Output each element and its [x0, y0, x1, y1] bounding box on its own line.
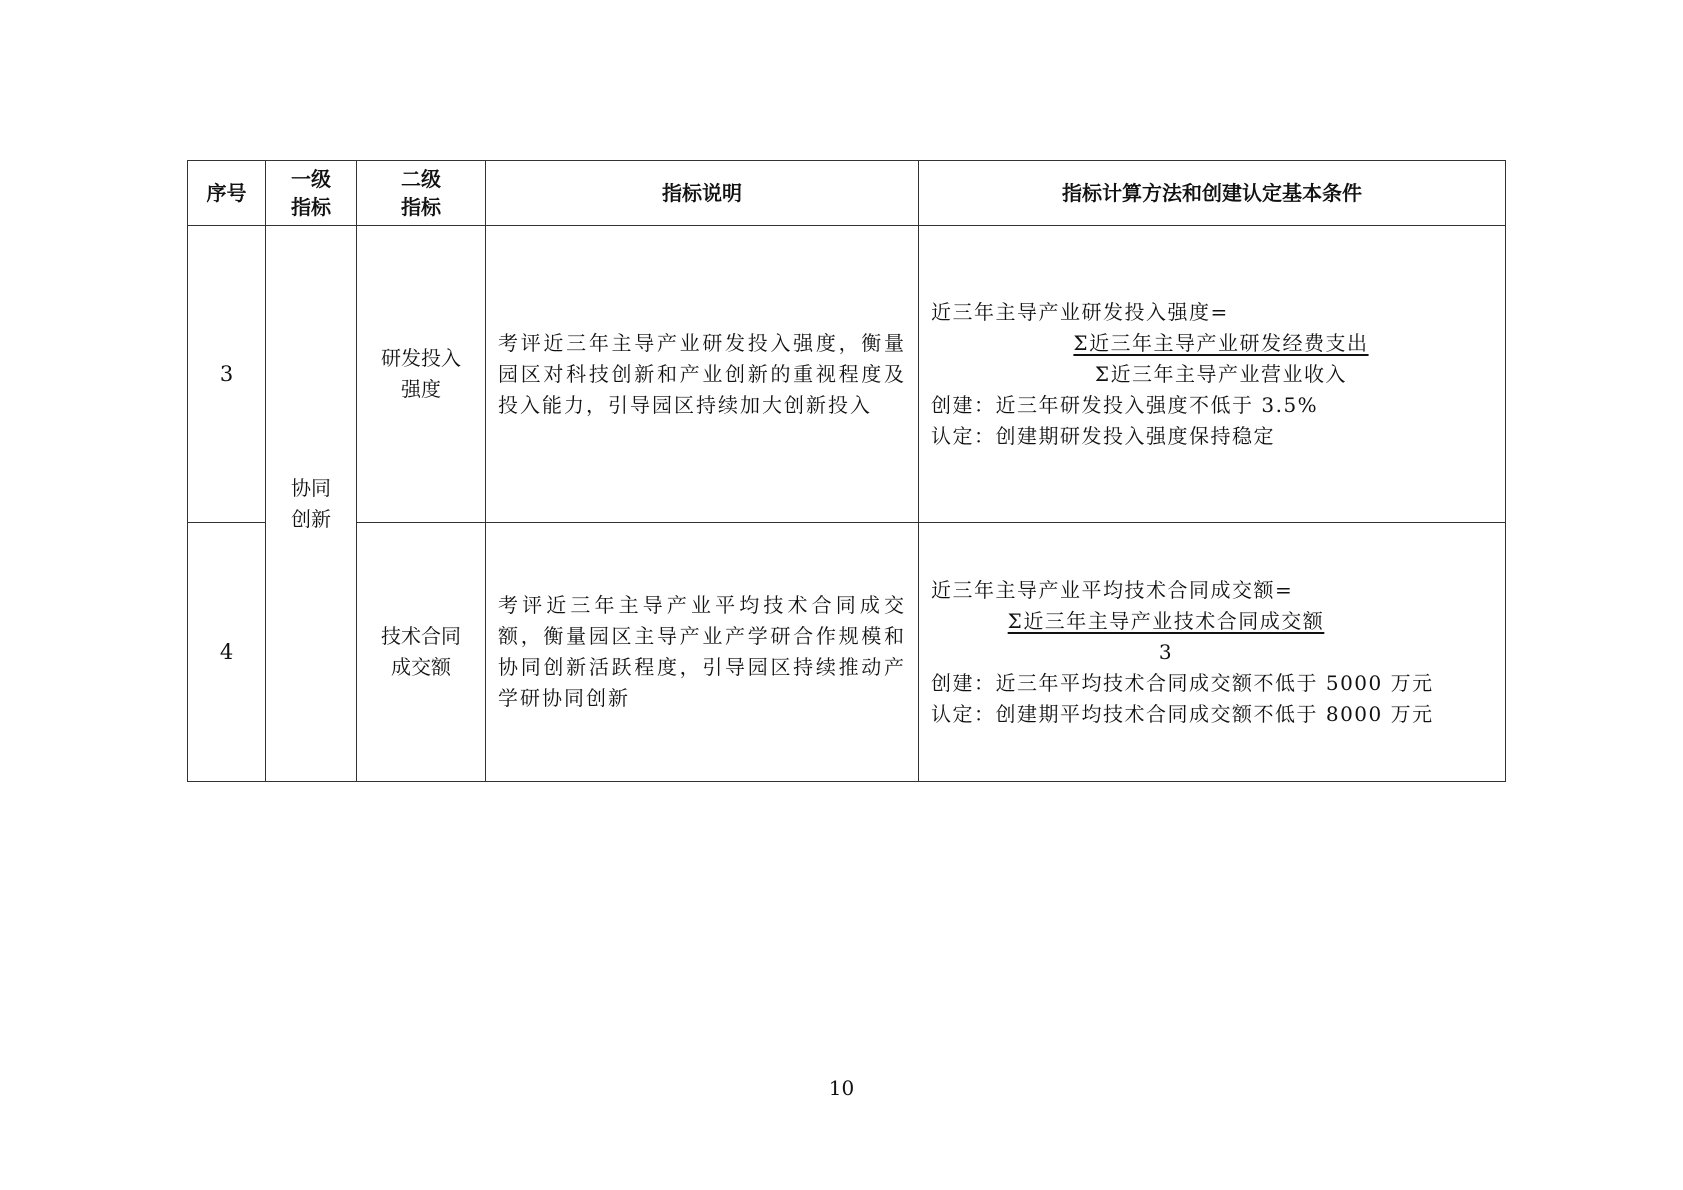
level2-indicator: 技术合同成交额	[357, 523, 486, 782]
header-seq: 序号	[188, 161, 266, 226]
level1-indicator: 协同创新	[266, 226, 357, 782]
formula-numerator: Σ近三年主导产业技术合同成交额	[991, 606, 1341, 637]
certify-condition: 认定：创建期研发投入强度保持稳定	[931, 421, 1493, 452]
table-row: 3 协同创新 研发投入强度 考评近三年主导产业研发投入强度，衡量园区对科技创新和…	[188, 226, 1506, 523]
formula-denominator: 3	[991, 637, 1341, 668]
header-level1: 一级指标	[266, 161, 357, 226]
header-calculation: 指标计算方法和创建认定基本条件	[919, 161, 1506, 226]
formula-title: 近三年主导产业平均技术合同成交额=	[931, 575, 1493, 606]
create-condition: 创建：近三年研发投入强度不低于 3.5%	[931, 390, 1493, 421]
header-row: 序号 一级指标 二级指标 指标说明 指标计算方法和创建认定基本条件	[188, 161, 1506, 226]
create-condition: 创建：近三年平均技术合同成交额不低于 5000 万元	[931, 668, 1493, 699]
indicator-description: 考评近三年主导产业研发投入强度，衡量园区对科技创新和产业创新的重视程度及投入能力…	[486, 226, 919, 523]
table-row: 4 技术合同成交额 考评近三年主导产业平均技术合同成交额，衡量园区主导产业产学研…	[188, 523, 1506, 782]
indicator-table: 序号 一级指标 二级指标 指标说明 指标计算方法和创建认定基本条件 3 协同创新…	[187, 160, 1506, 782]
formula-title: 近三年主导产业研发投入强度=	[931, 297, 1493, 328]
level2-indicator: 研发投入强度	[357, 226, 486, 523]
indicator-calculation: 近三年主导产业研发投入强度= Σ近三年主导产业研发经费支出 Σ近三年主导产业营业…	[919, 226, 1506, 523]
indicator-calculation: 近三年主导产业平均技术合同成交额= Σ近三年主导产业技术合同成交额 3 创建：近…	[919, 523, 1506, 782]
header-description: 指标说明	[486, 161, 919, 226]
certify-condition: 认定：创建期平均技术合同成交额不低于 8000 万元	[931, 699, 1493, 730]
page-number: 10	[0, 1076, 1683, 1100]
row-seq: 3	[188, 226, 266, 523]
header-level2: 二级指标	[357, 161, 486, 226]
formula-numerator: Σ近三年主导产业研发经费支出	[1051, 328, 1391, 359]
formula-denominator: Σ近三年主导产业营业收入	[1051, 359, 1391, 390]
row-seq: 4	[188, 523, 266, 782]
indicator-description: 考评近三年主导产业平均技术合同成交额，衡量园区主导产业产学研合作规模和协同创新活…	[486, 523, 919, 782]
